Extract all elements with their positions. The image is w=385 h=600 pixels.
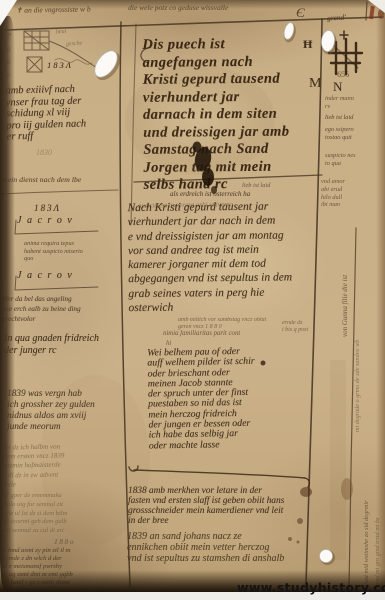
main-entry-1436: Nach Kristi gepurd tausent jar vierhunde… [127, 199, 333, 316]
left-dienst-line: mein dienst nach dem lbe [2, 176, 119, 185]
doodle-word-1: heut [56, 29, 67, 37]
main-note-ernde: ernde dz i bis q post [282, 320, 308, 334]
letter-h-hatched: Ħ [303, 38, 312, 52]
main-title: Dis puech ist angefangen nach Kristi gep… [142, 35, 328, 194]
right-note-4: suspicio nes to qua [325, 152, 356, 167]
monogram-sub-number: 656 [337, 70, 349, 79]
left-year-top: 183Λ [47, 61, 73, 71]
left-jacob-2: J a c r o v [17, 270, 73, 282]
right-note-1: inder mann rv [325, 95, 354, 110]
letter-m: M [309, 76, 321, 92]
left-entry-2: Wer da bel das angeling wie erch ealb zu… [2, 294, 120, 324]
main-note-nimia: nimia familiaritas parit cont [163, 330, 240, 338]
left-year-bottom: 188o [54, 538, 75, 547]
main-motto: als erdreich ist osterreich ha [170, 190, 250, 198]
watermark-text: www.studyhistory.cc [237, 580, 385, 595]
left-entry-1: amb exiiivf nach vnser frau tag der schi… [5, 83, 120, 143]
page-top-edge [0, 0, 385, 9]
left-year-faint: 1830 [36, 148, 52, 157]
letter-n: N [333, 80, 342, 95]
page-right-edge [376, 0, 385, 600]
main-side-note: lieb ist laid [242, 182, 270, 189]
left-anima-note: anima requira tepus habent suspicio mise… [24, 240, 83, 263]
main-entry-1438: 1838 amb merkhen vor letare in der faste… [128, 486, 328, 526]
left-entry-3: In qua gnaden fridreich der junger rc [4, 333, 99, 357]
left-jacob-1: J a c r o v [17, 215, 73, 227]
right-note-2: lieb ist laid [325, 114, 353, 121]
right-rotated-note-1: von Gunna filie die ist [341, 230, 349, 337]
torn-corner-top-left [0, 0, 17, 26]
top-margin-right-note: grend' [327, 14, 346, 24]
left-entry-4: 1839 was vergn hab ich grossher zey guld… [7, 389, 95, 433]
main-entry-cipher: Wei belhem pau of oder auff welhem pilde… [147, 345, 324, 451]
left-year-mid: 183Λ [34, 203, 61, 213]
torn-corner-top-right [368, 0, 385, 13]
right-rotated-note-2: mi degrade o grmo de zde sandvo wb [354, 232, 361, 432]
book-gutter-shadow [0, 16, 15, 592]
doodle-word-2: gesche [66, 40, 83, 48]
right-rotated-note-3: grost mid wstimshe zo sid degrmir [363, 438, 370, 588]
main-entry-1439: 1839 an sand johans nacz ze ennikchen ob… [127, 531, 332, 564]
right-note-3: ego ssipero tostao quit [325, 126, 354, 141]
manuscript-photo: ✝ an die vngrossiste w b die wele potz c… [0, 0, 385, 600]
right-note-5: vnd amor abi erud hilo dull ibi man [321, 178, 345, 209]
